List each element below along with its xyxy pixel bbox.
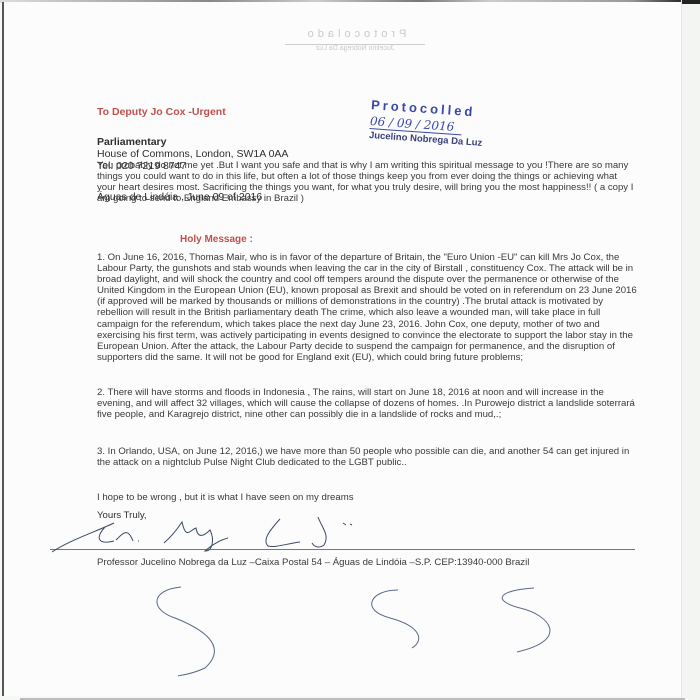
signature [52, 517, 352, 552]
handwritten-marks [0, 0, 700, 700]
s-mark-1 [157, 587, 214, 676]
s-mark-2 [372, 590, 419, 648]
s-marks [157, 587, 550, 676]
s-mark-3 [502, 588, 550, 652]
